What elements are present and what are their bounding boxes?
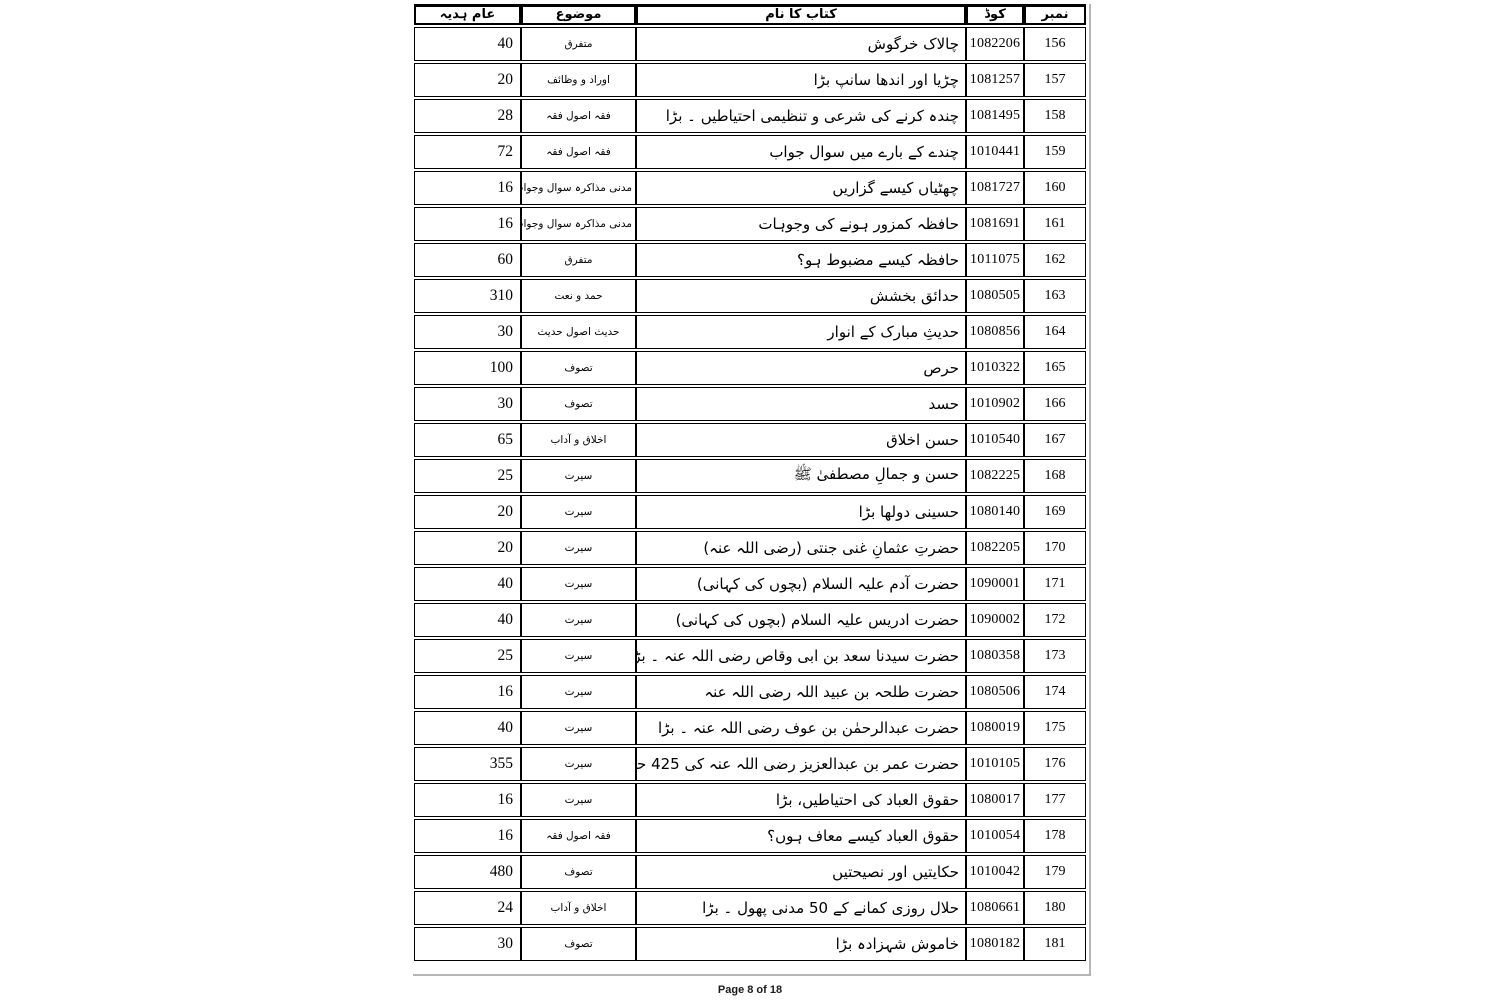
- book-code-cell: 1080506: [966, 675, 1024, 709]
- row-number-cell: 158: [1024, 99, 1086, 133]
- book-subject-cell: مدنی مذاکرہ سوال وجواب: [521, 171, 636, 205]
- book-subject-cell: فقہ اصول فقہ: [521, 135, 636, 169]
- book-code-cell: 1010105: [966, 747, 1024, 781]
- book-subject-cell: سیرت: [521, 675, 636, 709]
- book-code-cell: 1081691: [966, 207, 1024, 241]
- book-price-cell: 30: [414, 387, 521, 421]
- table-row: 167 1010540 حسن اخلاق اخلاق و آداب 65: [414, 423, 1086, 457]
- book-name-cell: حدائق بخشش: [636, 279, 966, 313]
- table-header-row: نمبر کوڈ کتاب کا نام موضوع عام ہدیہ: [414, 4, 1086, 25]
- book-subject-cell: فقہ اصول فقہ: [521, 819, 636, 853]
- book-code-cell: 1090002: [966, 603, 1024, 637]
- page-number: Page 8 of 18: [0, 984, 1500, 996]
- book-subject-cell: اوراد و وظائف: [521, 63, 636, 97]
- book-code-cell: 1010042: [966, 855, 1024, 889]
- book-code-cell: 1080017: [966, 783, 1024, 817]
- table-row: 172 1090002 حضرت ادریس علیہ السلام (بچوں…: [414, 603, 1086, 637]
- book-name-cell: حدیثِ مبارک کے انوار: [636, 315, 966, 349]
- book-name-cell: حقوق العباد کیسے معاف ہوں؟: [636, 819, 966, 853]
- book-price-cell: 24: [414, 891, 521, 925]
- row-number-cell: 164: [1024, 315, 1086, 349]
- book-subject-cell: متفرق: [521, 27, 636, 61]
- col-header-price: عام ہدیہ: [414, 4, 521, 25]
- scan-artifact-horizontal-line: [413, 974, 1091, 976]
- book-price-cell: 40: [414, 567, 521, 601]
- table-row: 161 1081691 حافظہ کمزور ہونے کی وجوہات م…: [414, 207, 1086, 241]
- book-name-cell: حضرتِ عثمانِ غنی جنتی (رضی اللہ عنہ): [636, 531, 966, 565]
- book-name-cell: حافظہ کمزور ہونے کی وجوہات: [636, 207, 966, 241]
- col-header-name: کتاب کا نام: [636, 4, 966, 25]
- book-subject-cell: سیرت: [521, 711, 636, 745]
- book-subject-cell: سیرت: [521, 747, 636, 781]
- book-price-cell: 60: [414, 243, 521, 277]
- book-name-cell: حضرت طلحہ بن عبید اللہ رضی اللہ عنہ: [636, 675, 966, 709]
- book-code-cell: 1081495: [966, 99, 1024, 133]
- table-row: 169 1080140 حسینی دولھا بڑا سیرت 20: [414, 495, 1086, 529]
- book-price-cell: 20: [414, 495, 521, 529]
- row-number-cell: 177: [1024, 783, 1086, 817]
- book-name-cell: حضرت سیدنا سعد بن ابی وقاص رضی اللہ عنہ …: [636, 639, 966, 673]
- book-code-cell: 1082206: [966, 27, 1024, 61]
- book-code-cell: 1081257: [966, 63, 1024, 97]
- book-price-cell: 30: [414, 315, 521, 349]
- row-number-cell: 181: [1024, 927, 1086, 961]
- row-number-cell: 157: [1024, 63, 1086, 97]
- table-row: 177 1080017 حقوق العباد کی احتیاطیں، بڑا…: [414, 783, 1086, 817]
- book-name-cell: خاموش شہزادہ بڑا: [636, 927, 966, 961]
- row-number-cell: 160: [1024, 171, 1086, 205]
- col-header-code: کوڈ: [966, 4, 1024, 25]
- book-price-cell: 40: [414, 27, 521, 61]
- book-subject-cell: متفرق: [521, 243, 636, 277]
- book-price-cell: 40: [414, 711, 521, 745]
- row-number-cell: 170: [1024, 531, 1086, 565]
- book-price-cell: 72: [414, 135, 521, 169]
- book-price-cell: 28: [414, 99, 521, 133]
- col-header-number: نمبر: [1024, 4, 1086, 25]
- book-price-cell: 100: [414, 351, 521, 385]
- book-price-cell: 16: [414, 783, 521, 817]
- book-price-cell: 20: [414, 531, 521, 565]
- book-subject-cell: سیرت: [521, 495, 636, 529]
- table-row: 160 1081727 چھٹیاں کیسے گزاریں مدنی مذاک…: [414, 171, 1086, 205]
- table-row: 173 1080358 حضرت سیدنا سعد بن ابی وقاص ر…: [414, 639, 1086, 673]
- table-row: 163 1080505 حدائق بخشش حمد و نعت 310: [414, 279, 1086, 313]
- book-price-cell: 16: [414, 675, 521, 709]
- document-page: نمبر کوڈ کتاب کا نام موضوع عام ہدیہ 156 …: [0, 0, 1500, 1000]
- book-code-cell: 1081727: [966, 171, 1024, 205]
- table-row: 157 1081257 چڑیا اور اندھا سانپ بڑا اورا…: [414, 63, 1086, 97]
- book-name-cell: حرص: [636, 351, 966, 385]
- book-code-cell: 1010540: [966, 423, 1024, 457]
- row-number-cell: 162: [1024, 243, 1086, 277]
- table-row: 171 1090001 حضرت آدم علیہ السلام (بچوں ک…: [414, 567, 1086, 601]
- book-price-cell: 20: [414, 63, 521, 97]
- book-code-cell: 1080019: [966, 711, 1024, 745]
- book-subject-cell: تصوف: [521, 927, 636, 961]
- book-price-cell: 16: [414, 207, 521, 241]
- book-name-cell: حضرت عمر بن عبدالعزیز رضی اللہ عنہ کی 42…: [636, 747, 966, 781]
- scan-artifact-vertical-line: [1089, 4, 1091, 975]
- book-subject-cell: فقہ اصول فقہ: [521, 99, 636, 133]
- book-name-cell: حسد: [636, 387, 966, 421]
- book-name-cell: چالاک خرگوش: [636, 27, 966, 61]
- table-row: 164 1080856 حدیثِ مبارک کے انوار حدیث اص…: [414, 315, 1086, 349]
- book-code-cell: 1080140: [966, 495, 1024, 529]
- book-subject-cell: تصوف: [521, 387, 636, 421]
- book-name-cell: حضرت ادریس علیہ السلام (بچوں کی کہانی): [636, 603, 966, 637]
- book-price-cell: 355: [414, 747, 521, 781]
- book-code-cell: 1080661: [966, 891, 1024, 925]
- row-number-cell: 175: [1024, 711, 1086, 745]
- table-row: 175 1080019 حضرت عبدالرحمٰن بن عوف رضی ا…: [414, 711, 1086, 745]
- book-name-cell: حلال روزی کمانے کے 50 مدنی پھول ۔ بڑا: [636, 891, 966, 925]
- book-name-cell: حافظہ کیسے مضبوط ہو؟: [636, 243, 966, 277]
- row-number-cell: 168: [1024, 459, 1086, 493]
- row-number-cell: 174: [1024, 675, 1086, 709]
- table-row: 174 1080506 حضرت طلحہ بن عبید اللہ رضی ا…: [414, 675, 1086, 709]
- col-header-subject: موضوع: [521, 4, 636, 25]
- book-subject-cell: سیرت: [521, 603, 636, 637]
- table-row: 162 1011075 حافظہ کیسے مضبوط ہو؟ متفرق 6…: [414, 243, 1086, 277]
- book-name-cell: حسن و جمالِ مصطفیٰ ﷺ: [636, 459, 966, 493]
- table-row: 179 1010042 حکایتیں اور نصیحتیں تصوف 480: [414, 855, 1086, 889]
- book-name-cell: حقوق العباد کی احتیاطیں، بڑا: [636, 783, 966, 817]
- row-number-cell: 180: [1024, 891, 1086, 925]
- book-subject-cell: اخلاق و آداب: [521, 423, 636, 457]
- table-row: 170 1082205 حضرتِ عثمانِ غنی جنتی (رضی ا…: [414, 531, 1086, 565]
- book-code-cell: 1080358: [966, 639, 1024, 673]
- book-name-cell: چندے کے بارے میں سوال جواب: [636, 135, 966, 169]
- book-code-cell: 1080856: [966, 315, 1024, 349]
- book-price-cell: 25: [414, 639, 521, 673]
- book-subject-cell: مدنی مذاکرہ سوال وجواب: [521, 207, 636, 241]
- table-row: 168 1082225 حسن و جمالِ مصطفیٰ ﷺ سیرت 25: [414, 459, 1086, 493]
- book-name-cell: حکایتیں اور نصیحتیں: [636, 855, 966, 889]
- book-code-cell: 1090001: [966, 567, 1024, 601]
- row-number-cell: 165: [1024, 351, 1086, 385]
- book-subject-cell: تصوف: [521, 351, 636, 385]
- book-name-cell: حسینی دولھا بڑا: [636, 495, 966, 529]
- table-row: 176 1010105 حضرت عمر بن عبدالعزیز رضی ال…: [414, 747, 1086, 781]
- book-subject-cell: سیرت: [521, 783, 636, 817]
- book-name-cell: حضرت آدم علیہ السلام (بچوں کی کہانی): [636, 567, 966, 601]
- book-code-cell: 1010441: [966, 135, 1024, 169]
- book-code-cell: 1082205: [966, 531, 1024, 565]
- row-number-cell: 172: [1024, 603, 1086, 637]
- row-number-cell: 173: [1024, 639, 1086, 673]
- book-subject-cell: سیرت: [521, 567, 636, 601]
- book-name-cell: چندہ کرنے کی شرعی و تنظیمی احتیاطیں ۔ بڑ…: [636, 99, 966, 133]
- row-number-cell: 176: [1024, 747, 1086, 781]
- row-number-cell: 156: [1024, 27, 1086, 61]
- table-row: 166 1010902 حسد تصوف 30: [414, 387, 1086, 421]
- book-code-cell: 1080505: [966, 279, 1024, 313]
- book-subject-cell: سیرت: [521, 531, 636, 565]
- book-code-cell: 1011075: [966, 243, 1024, 277]
- row-number-cell: 179: [1024, 855, 1086, 889]
- book-name-cell: چڑیا اور اندھا سانپ بڑا: [636, 63, 966, 97]
- book-price-cell: 16: [414, 171, 521, 205]
- book-subject-cell: سیرت: [521, 459, 636, 493]
- book-code-cell: 1010322: [966, 351, 1024, 385]
- row-number-cell: 166: [1024, 387, 1086, 421]
- book-price-cell: 65: [414, 423, 521, 457]
- book-list-table: نمبر کوڈ کتاب کا نام موضوع عام ہدیہ 156 …: [414, 2, 1086, 963]
- table-row: 158 1081495 چندہ کرنے کی شرعی و تنظیمی ا…: [414, 99, 1086, 133]
- row-number-cell: 169: [1024, 495, 1086, 529]
- book-subject-cell: تصوف: [521, 855, 636, 889]
- book-subject-cell: سیرت: [521, 639, 636, 673]
- book-price-cell: 16: [414, 819, 521, 853]
- table-row: 181 1080182 خاموش شہزادہ بڑا تصوف 30: [414, 927, 1086, 961]
- book-price-cell: 30: [414, 927, 521, 961]
- row-number-cell: 161: [1024, 207, 1086, 241]
- table-row: 156 1082206 چالاک خرگوش متفرق 40: [414, 27, 1086, 61]
- book-name-cell: چھٹیاں کیسے گزاریں: [636, 171, 966, 205]
- book-subject-cell: حمد و نعت: [521, 279, 636, 313]
- row-number-cell: 171: [1024, 567, 1086, 601]
- book-subject-cell: حدیث اصول حدیث: [521, 315, 636, 349]
- row-number-cell: 159: [1024, 135, 1086, 169]
- table-row: 178 1010054 حقوق العباد کیسے معاف ہوں؟ ف…: [414, 819, 1086, 853]
- book-subject-cell: اخلاق و آداب: [521, 891, 636, 925]
- book-code-cell: 1082225: [966, 459, 1024, 493]
- book-price-cell: 25: [414, 459, 521, 493]
- book-price-cell: 40: [414, 603, 521, 637]
- row-number-cell: 178: [1024, 819, 1086, 853]
- table-row: 165 1010322 حرص تصوف 100: [414, 351, 1086, 385]
- book-name-cell: حضرت عبدالرحمٰن بن عوف رضی اللہ عنہ ۔ بڑ…: [636, 711, 966, 745]
- table-row: 180 1080661 حلال روزی کمانے کے 50 مدنی پ…: [414, 891, 1086, 925]
- book-price-cell: 480: [414, 855, 521, 889]
- book-price-cell: 310: [414, 279, 521, 313]
- book-name-cell: حسن اخلاق: [636, 423, 966, 457]
- book-code-cell: 1010902: [966, 387, 1024, 421]
- row-number-cell: 167: [1024, 423, 1086, 457]
- table-row: 159 1010441 چندے کے بارے میں سوال جواب ف…: [414, 135, 1086, 169]
- book-code-cell: 1080182: [966, 927, 1024, 961]
- book-code-cell: 1010054: [966, 819, 1024, 853]
- row-number-cell: 163: [1024, 279, 1086, 313]
